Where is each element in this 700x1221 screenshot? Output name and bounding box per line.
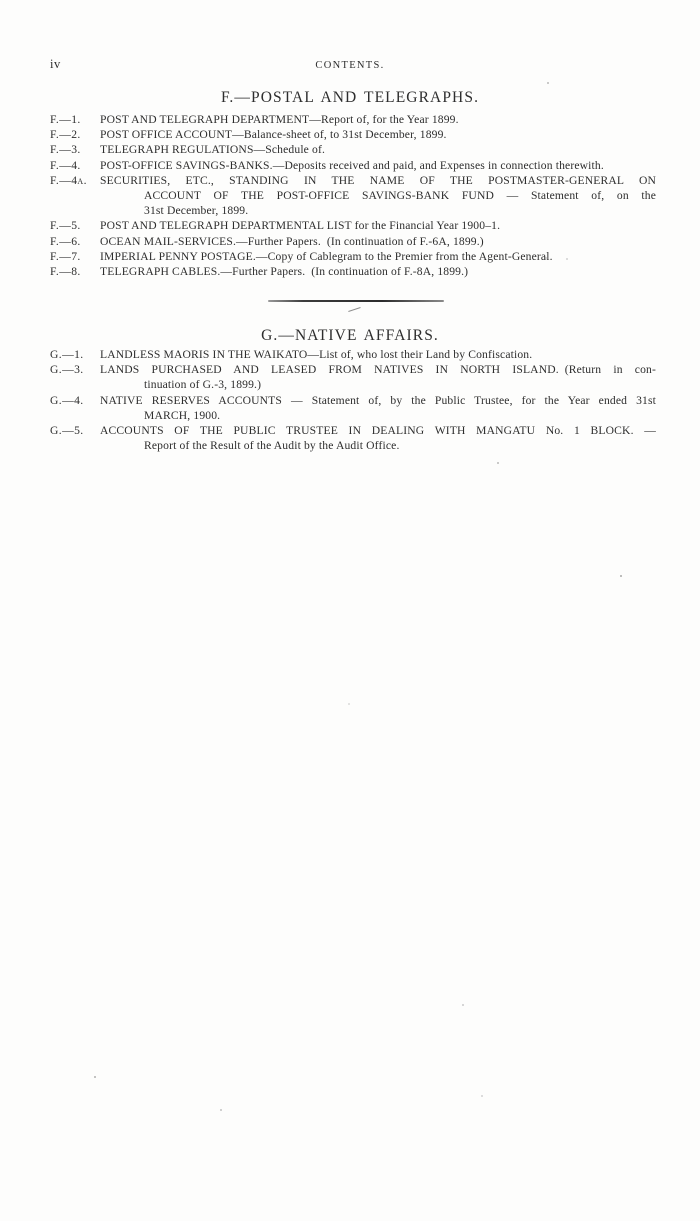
entry-label: F.—2. xyxy=(50,127,100,142)
entry-label: F.—8. xyxy=(50,264,100,279)
section-heading-postal-and-telegraphs: F.—POSTAL AND TELEGRAPHS. xyxy=(0,89,700,107)
divider-flourish-mark xyxy=(348,307,361,312)
entry-label: F.—4. xyxy=(50,158,100,173)
document-page: iv CONTENTS. F.—POSTAL AND TELEGRAPHS. F… xyxy=(0,0,700,1221)
entry-text: POST OFFICE ACCOUNT—Balance-sheet of, to… xyxy=(100,127,656,142)
scan-speck xyxy=(620,575,622,577)
toc-entry: G.—3.LANDS PURCHASED AND LEASED FROM NAT… xyxy=(50,362,656,392)
entry-line: tinuation of G.-3, 1899.) xyxy=(100,377,656,392)
scan-speck xyxy=(547,82,549,84)
scan-speck xyxy=(220,1109,222,1111)
scan-speck xyxy=(94,1076,96,1078)
scan-speck xyxy=(348,703,350,705)
entry-label: G.—4. xyxy=(50,393,100,408)
scan-speck xyxy=(545,257,547,259)
entry-line: POST OFFICE ACCOUNT—Balance-sheet of, to… xyxy=(100,127,656,142)
section-heading-native-affairs: G.—NATIVE AFFAIRS. xyxy=(0,327,700,345)
entry-label: G.—5. xyxy=(50,423,100,438)
toc-entry: G.—1.LANDLESS MAORIS IN THE WAIKATO—List… xyxy=(50,347,656,362)
entry-line: ACCOUNT OF THE POST-OFFICE SAVINGS-BANK … xyxy=(100,188,656,203)
entry-line: LANDLESS MAORIS IN THE WAIKATO—List of, … xyxy=(100,347,656,362)
toc-entry: G.—5.ACCOUNTS OF THE PUBLIC TRUSTEE IN D… xyxy=(50,423,656,453)
entry-label: F.—6. xyxy=(50,234,100,249)
toc-entry: F.—6.OCEAN MAIL-SERVICES.—Further Papers… xyxy=(50,234,656,249)
scan-speck xyxy=(566,258,568,260)
toc-entry: F.—3.TELEGRAPH REGULATIONS—Schedule of. xyxy=(50,142,656,157)
toc-entry: F.—2.POST OFFICE ACCOUNT—Balance-sheet o… xyxy=(50,127,656,142)
toc-entry: F.—4a.SECURITIES, ETC., STANDING IN THE … xyxy=(50,173,656,219)
entry-label: F.—3. xyxy=(50,142,100,157)
entry-line: LANDS PURCHASED AND LEASED FROM NATIVES … xyxy=(100,362,656,377)
entry-text: NATIVE RESERVES ACCOUNTS — Statement of,… xyxy=(100,393,656,423)
entry-label: F.—7. xyxy=(50,249,100,264)
entry-line: TELEGRAPH REGULATIONS—Schedule of. xyxy=(100,142,656,157)
page-header: iv CONTENTS. xyxy=(0,57,700,73)
entry-text: OCEAN MAIL-SERVICES.—Further Papers. (In… xyxy=(100,234,656,249)
toc-entry: F.—5.POST AND TELEGRAPH DEPARTMENTAL LIS… xyxy=(50,218,656,233)
scan-speck xyxy=(497,462,499,464)
entry-line: POST-OFFICE SAVINGS-BANKS.—Deposits rece… xyxy=(100,158,656,173)
toc-entry: G.—4.NATIVE RESERVES ACCOUNTS — Statemen… xyxy=(50,393,656,423)
toc-entry: F.—8.TELEGRAPH CABLES.—Further Papers. (… xyxy=(50,264,656,279)
toc-entry: F.—4.POST-OFFICE SAVINGS-BANKS.—Deposits… xyxy=(50,158,656,173)
toc-entry: F.—1.POST AND TELEGRAPH DEPARTMENT—Repor… xyxy=(50,112,656,127)
entry-label: F.—4a. xyxy=(50,173,100,188)
scan-speck xyxy=(462,1004,464,1006)
toc-entries-section-g: G.—1.LANDLESS MAORIS IN THE WAIKATO—List… xyxy=(50,347,656,453)
entry-line: OCEAN MAIL-SERVICES.—Further Papers. (In… xyxy=(100,234,656,249)
entry-text: LANDS PURCHASED AND LEASED FROM NATIVES … xyxy=(100,362,656,392)
running-title: CONTENTS. xyxy=(0,60,700,71)
entry-label: G.—3. xyxy=(50,362,100,377)
entry-label: F.—1. xyxy=(50,112,100,127)
entry-line: MARCH, 1900. xyxy=(100,408,656,423)
entry-line: IMPERIAL PENNY POSTAGE.—Copy of Cablegra… xyxy=(100,249,656,264)
entry-line: ACCOUNTS OF THE PUBLIC TRUSTEE IN DEALIN… xyxy=(100,423,656,438)
entry-line: POST AND TELEGRAPH DEPARTMENT—Report of,… xyxy=(100,112,656,127)
entry-text: LANDLESS MAORIS IN THE WAIKATO—List of, … xyxy=(100,347,656,362)
entry-text: POST AND TELEGRAPH DEPARTMENT—Report of,… xyxy=(100,112,656,127)
entry-line: SECURITIES, ETC., STANDING IN THE NAME O… xyxy=(100,173,656,188)
entry-text: SECURITIES, ETC., STANDING IN THE NAME O… xyxy=(100,173,656,219)
entry-line: TELEGRAPH CABLES.—Further Papers. (In co… xyxy=(100,264,656,279)
scan-speck xyxy=(481,1095,483,1097)
entry-line: NATIVE RESERVES ACCOUNTS — Statement of,… xyxy=(100,393,656,408)
entry-text: POST-OFFICE SAVINGS-BANKS.—Deposits rece… xyxy=(100,158,656,173)
section-divider-rule xyxy=(268,300,444,302)
entry-line: POST AND TELEGRAPH DEPARTMENTAL LIST for… xyxy=(100,218,656,233)
entry-label: G.—1. xyxy=(50,347,100,362)
entry-text: ACCOUNTS OF THE PUBLIC TRUSTEE IN DEALIN… xyxy=(100,423,656,453)
entry-line: 31st December, 1899. xyxy=(100,203,656,218)
entry-text: IMPERIAL PENNY POSTAGE.—Copy of Cablegra… xyxy=(100,249,656,264)
toc-entry: F.—7.IMPERIAL PENNY POSTAGE.—Copy of Cab… xyxy=(50,249,656,264)
entry-text: TELEGRAPH REGULATIONS—Schedule of. xyxy=(100,142,656,157)
entry-label: F.—5. xyxy=(50,218,100,233)
toc-entries-section-f: F.—1.POST AND TELEGRAPH DEPARTMENT—Repor… xyxy=(50,112,656,279)
entry-text: TELEGRAPH CABLES.—Further Papers. (In co… xyxy=(100,264,656,279)
entry-text: POST AND TELEGRAPH DEPARTMENTAL LIST for… xyxy=(100,218,656,233)
entry-line: Report of the Result of the Audit by the… xyxy=(100,438,656,453)
